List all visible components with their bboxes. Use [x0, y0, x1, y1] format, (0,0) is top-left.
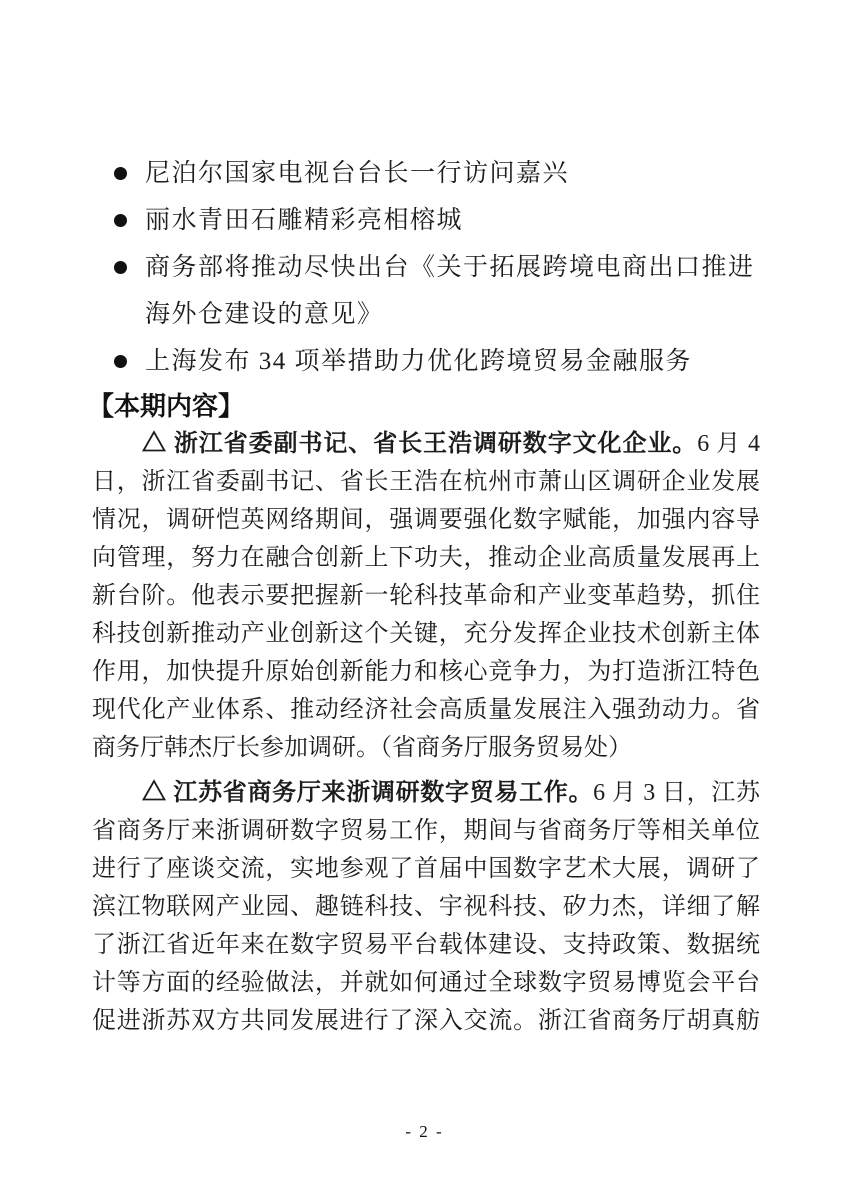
paragraph-line: 现代化产业体系、推动经济社会高质量发展注入强劲动力。省: [92, 691, 760, 729]
paragraph-text: 6 月 3 日，江苏: [593, 780, 760, 806]
page-content: 尼泊尔国家电视台台长一行访问嘉兴丽水青田石雕精彩亮相榕城商务部将推动尽快出台《关…: [92, 150, 760, 1040]
bullet-item: 尼泊尔国家电视台台长一行访问嘉兴: [92, 150, 760, 197]
paragraph-line: 向管理，努力在融合创新上下功夫，推动企业高质量发展再上: [92, 539, 760, 577]
paragraph-line: 商务厅韩杰厅长参加调研。（省商务厅服务贸易处）: [92, 729, 760, 767]
paragraph-line: △ 浙江省委副书记、省长王浩调研数字文化企业。6 月 4: [92, 425, 760, 463]
bullet-line: 上海发布 34 项举措助力优化跨境贸易金融服务: [145, 338, 760, 385]
paragraph-text: 作用，加快提升原始创新能力和核心竞争力，为打造浙江特色: [92, 659, 760, 685]
paragraph-text: 日，浙江省委副书记、省长王浩在杭州市萧山区调研企业发展: [92, 469, 760, 495]
paragraph-line: 作用，加快提升原始创新能力和核心竞争力，为打造浙江特色: [92, 653, 760, 691]
document-page: 尼泊尔国家电视台台长一行访问嘉兴丽水青田石雕精彩亮相榕城商务部将推动尽快出台《关…: [0, 0, 849, 1200]
paragraph-text: 了浙江省近年来在数字贸易平台载体建设、支持政策、数据统: [92, 932, 760, 958]
bullet-line: 商务部将推动尽快出台《关于拓展跨境电商出口推进: [145, 244, 760, 291]
bullet-dot-icon: [114, 167, 127, 180]
paragraph-line: 日，浙江省委副书记、省长王浩在杭州市萧山区调研企业发展: [92, 463, 760, 501]
highlights-bullet-list: 尼泊尔国家电视台台长一行访问嘉兴丽水青田石雕精彩亮相榕城商务部将推动尽快出台《关…: [92, 150, 760, 385]
paragraph: △ 江苏省商务厅来浙调研数字贸易工作。6 月 3 日，江苏省商务厅来浙调研数字贸…: [92, 774, 760, 1040]
paragraph-line: △ 江苏省商务厅来浙调研数字贸易工作。6 月 3 日，江苏: [92, 774, 760, 812]
paragraph-text: 促进浙苏双方共同发展进行了深入交流。浙江省商务厅胡真舫: [92, 1008, 760, 1034]
paragraph-text: 6 月 4: [697, 431, 760, 457]
body-paragraphs: △ 浙江省委副书记、省长王浩调研数字文化企业。6 月 4日，浙江省委副书记、省长…: [92, 425, 760, 1040]
bullet-dot-icon: [114, 355, 127, 368]
bullet-item: 上海发布 34 项举措助力优化跨境贸易金融服务: [92, 338, 760, 385]
bullet-line: 海外仓建设的意见》: [145, 291, 760, 338]
paragraph-line: 计等方面的经验做法，并就如何通过全球数字贸易博览会平台: [92, 964, 760, 1002]
paragraph-lead-bold: △ 浙江省委副书记、省长王浩调研数字文化企业。: [142, 431, 697, 457]
paragraph-line: 进行了座谈交流，实地参观了首届中国数字艺术大展，调研了: [92, 850, 760, 888]
paragraph-line: 促进浙苏双方共同发展进行了深入交流。浙江省商务厅胡真舫: [92, 1002, 760, 1040]
paragraph-text: 商务厅韩杰厅长参加调研。（省商务厅服务贸易处）: [92, 735, 632, 761]
paragraph-text: 进行了座谈交流，实地参观了首届中国数字艺术大展，调研了: [92, 856, 760, 882]
paragraph-line: 滨江物联网产业园、趣链科技、宇视科技、矽力杰，详细了解: [92, 888, 760, 926]
paragraph: △ 浙江省委副书记、省长王浩调研数字文化企业。6 月 4日，浙江省委副书记、省长…: [92, 425, 760, 767]
paragraph-line: 情况，调研恺英网络期间，强调要强化数字赋能，加强内容导: [92, 501, 760, 539]
paragraph-text: 计等方面的经验做法，并就如何通过全球数字贸易博览会平台: [92, 970, 760, 996]
paragraph-line: 了浙江省近年来在数字贸易平台载体建设、支持政策、数据统: [92, 926, 760, 964]
bullet-dot-icon: [114, 261, 127, 274]
paragraph-text: 新台阶。他表示要把握新一轮科技革命和产业变革趋势，抓住: [92, 583, 760, 609]
paragraph-text: 情况，调研恺英网络期间，强调要强化数字赋能，加强内容导: [92, 507, 760, 533]
bullet-line: 尼泊尔国家电视台台长一行访问嘉兴: [145, 150, 760, 197]
section-header: 【本期内容】: [88, 390, 760, 422]
paragraph-line: 省商务厅来浙调研数字贸易工作，期间与省商务厅等相关单位: [92, 812, 760, 850]
page-number: - 2 -: [0, 1122, 849, 1142]
paragraph-text: 向管理，努力在融合创新上下功夫，推动企业高质量发展再上: [92, 545, 760, 571]
bullet-dot-icon: [114, 214, 127, 227]
paragraph-text: 滨江物联网产业园、趣链科技、宇视科技、矽力杰，详细了解: [92, 894, 760, 920]
paragraph-text: 现代化产业体系、推动经济社会高质量发展注入强劲动力。省: [92, 697, 760, 723]
bullet-item: 丽水青田石雕精彩亮相榕城: [92, 197, 760, 244]
bullet-line: 丽水青田石雕精彩亮相榕城: [145, 197, 760, 244]
paragraph-text: 科技创新推动产业创新这个关键，充分发挥企业技术创新主体: [92, 621, 760, 647]
paragraph-text: 省商务厅来浙调研数字贸易工作，期间与省商务厅等相关单位: [92, 818, 760, 844]
paragraph-lead-bold: △ 江苏省商务厅来浙调研数字贸易工作。: [142, 780, 593, 806]
bullet-item: 商务部将推动尽快出台《关于拓展跨境电商出口推进海外仓建设的意见》: [92, 244, 760, 338]
paragraph-line: 科技创新推动产业创新这个关键，充分发挥企业技术创新主体: [92, 615, 760, 653]
paragraph-line: 新台阶。他表示要把握新一轮科技革命和产业变革趋势，抓住: [92, 577, 760, 615]
